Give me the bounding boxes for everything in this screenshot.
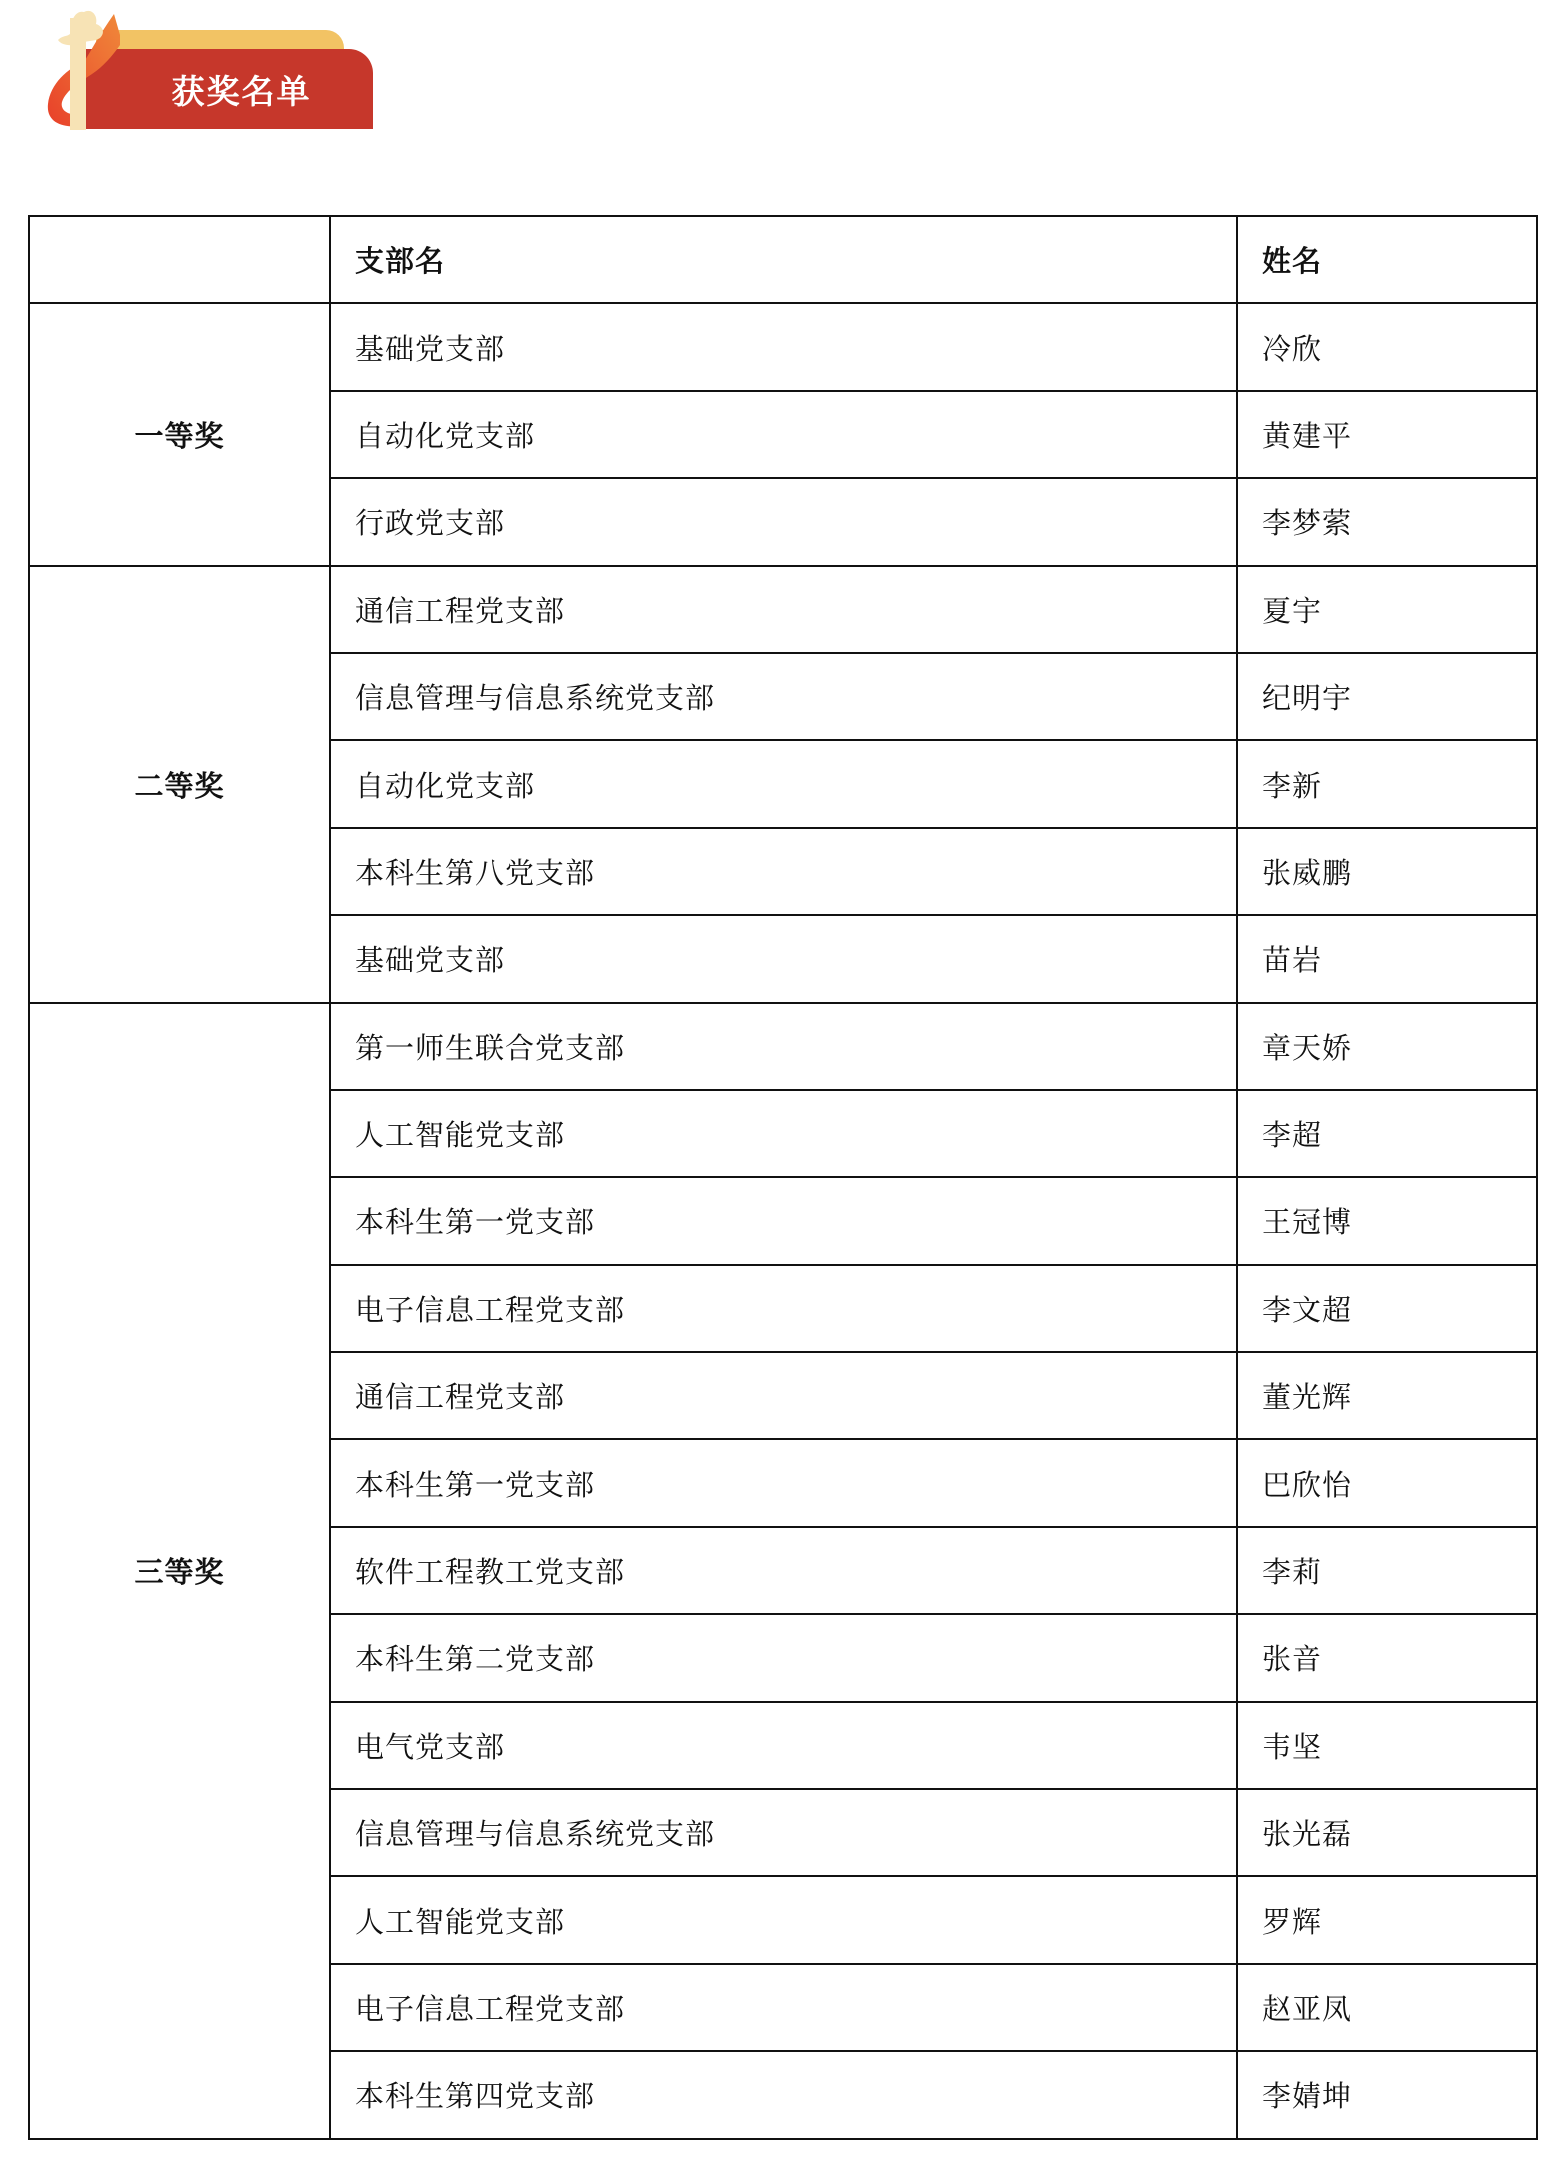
branch-cell: 自动化党支部	[330, 391, 1237, 478]
name-cell: 李梦萦	[1237, 478, 1537, 565]
name-cell: 纪明宇	[1237, 653, 1537, 740]
name-cell: 李莉	[1237, 1527, 1537, 1614]
branch-cell: 本科生第八党支部	[330, 828, 1237, 915]
branch-cell: 本科生第一党支部	[330, 1177, 1237, 1264]
name-cell: 张光磊	[1237, 1789, 1537, 1876]
name-cell: 韦坚	[1237, 1702, 1537, 1789]
branch-cell: 信息管理与信息系统党支部	[330, 653, 1237, 740]
name-cell: 夏宇	[1237, 566, 1537, 653]
branch-cell: 电气党支部	[330, 1702, 1237, 1789]
branch-cell: 通信工程党支部	[330, 566, 1237, 653]
name-cell: 苗岩	[1237, 915, 1537, 1002]
branch-cell: 行政党支部	[330, 478, 1237, 565]
badge-title: 获奖名单	[86, 49, 373, 129]
name-cell: 巴欣怡	[1237, 1439, 1537, 1526]
branch-cell: 本科生第二党支部	[330, 1614, 1237, 1701]
branch-cell: 电子信息工程党支部	[330, 1265, 1237, 1352]
name-cell: 李婧坤	[1237, 2051, 1537, 2138]
branch-cell: 本科生第一党支部	[330, 1439, 1237, 1526]
branch-cell: 人工智能党支部	[330, 1090, 1237, 1177]
branch-cell: 自动化党支部	[330, 740, 1237, 827]
name-cell: 王冠博	[1237, 1177, 1537, 1264]
name-cell: 李超	[1237, 1090, 1537, 1177]
section-header-badge: 获奖名单	[0, 0, 400, 140]
table-row: 三等奖 第一师生联合党支部 章天娇	[29, 1003, 1537, 1090]
branch-cell: 基础党支部	[330, 303, 1237, 390]
column-header-branch: 支部名	[330, 216, 1237, 303]
branch-cell: 本科生第四党支部	[330, 2051, 1237, 2138]
prize-level-third: 三等奖	[29, 1003, 330, 2139]
branch-cell: 人工智能党支部	[330, 1876, 1237, 1963]
name-cell: 董光辉	[1237, 1352, 1537, 1439]
name-cell: 李文超	[1237, 1265, 1537, 1352]
awards-table: 支部名 姓名 一等奖 基础党支部 冷欣 自动化党支部 黄建平 行政党支部 李梦萦…	[28, 215, 1538, 2140]
name-cell: 张威鹏	[1237, 828, 1537, 915]
branch-cell: 软件工程教工党支部	[330, 1527, 1237, 1614]
branch-cell: 基础党支部	[330, 915, 1237, 1002]
name-cell: 黄建平	[1237, 391, 1537, 478]
column-header-name: 姓名	[1237, 216, 1537, 303]
prize-level-first: 一等奖	[29, 303, 330, 565]
prize-level-second: 二等奖	[29, 566, 330, 1003]
name-cell: 张音	[1237, 1614, 1537, 1701]
branch-cell: 第一师生联合党支部	[330, 1003, 1237, 1090]
table-row: 一等奖 基础党支部 冷欣	[29, 303, 1537, 390]
name-cell: 罗辉	[1237, 1876, 1537, 1963]
name-cell: 赵亚凤	[1237, 1964, 1537, 2051]
branch-cell: 通信工程党支部	[330, 1352, 1237, 1439]
table-row: 二等奖 通信工程党支部 夏宇	[29, 566, 1537, 653]
name-cell: 冷欣	[1237, 303, 1537, 390]
table-header-row: 支部名 姓名	[29, 216, 1537, 303]
name-cell: 李新	[1237, 740, 1537, 827]
column-header-prize	[29, 216, 330, 303]
name-cell: 章天娇	[1237, 1003, 1537, 1090]
branch-cell: 信息管理与信息系统党支部	[330, 1789, 1237, 1876]
branch-cell: 电子信息工程党支部	[330, 1964, 1237, 2051]
